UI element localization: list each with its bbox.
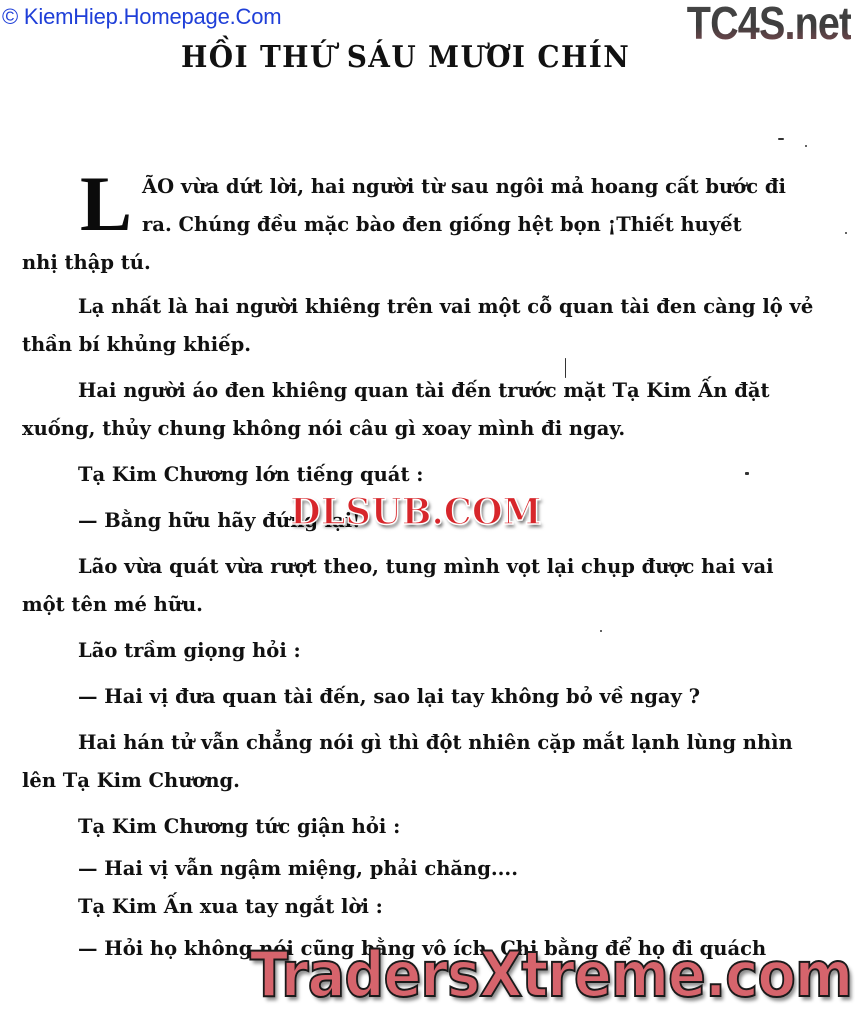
chapter-title: HỒI THỨ SÁU MƯƠI CHÍN — [181, 40, 630, 75]
text-line: Lạ nhất là hai người khiêng trên vai một… — [22, 288, 840, 326]
paragraph: — Hai vị vẫn ngậm miệng, phải chăng.... — [22, 850, 840, 888]
drop-cap: L — [80, 172, 132, 236]
scan-speck — [600, 630, 602, 632]
paragraph: Lão trầm giọng hỏi : — [22, 632, 840, 670]
text-line: — Hai vị vẫn ngậm miệng, phải chăng.... — [22, 850, 840, 888]
paragraph: Tạ Kim Chương lớn tiếng quát : — [22, 456, 840, 494]
scan-speck — [745, 472, 749, 475]
paragraph: Hai hán tử vẫn chẳng nói gì thì đột nhiê… — [22, 724, 840, 800]
paragraph: L ÃO vừa dứt lời, hai người từ sau ngôi … — [22, 168, 840, 282]
text-line: Hai hán tử vẫn chẳng nói gì thì đột nhiê… — [22, 724, 840, 762]
text-line: Tạ Kim Chương tức giận hỏi : — [22, 808, 840, 846]
paragraph: Hai người áo đen khiêng quan tài đến trư… — [22, 372, 840, 448]
paragraph: Tạ Kim Chương tức giận hỏi : — [22, 808, 840, 846]
paragraph: — Hai vị đưa quan tài đến, sao lại tay k… — [22, 678, 840, 716]
chapter-body: L ÃO vừa dứt lời, hai người từ sau ngôi … — [22, 168, 840, 968]
paragraph: Lão vừa quát vừa rượt theo, tung mình vọ… — [22, 548, 840, 624]
dlsub-watermark: DLSUB.COM — [290, 491, 542, 533]
text-line: ÃO vừa dứt lời, hai người từ sau ngôi mả… — [22, 168, 840, 206]
text-line: Tạ Kim Ấn xua tay ngắt lời : — [22, 888, 840, 926]
text-line: lên Tạ Kim Chương. — [22, 762, 840, 800]
text-line: ra. Chúng đều mặc bào đen giống hệt bọn … — [22, 206, 840, 244]
text-line: một tên mé hữu. — [22, 586, 840, 624]
paragraph: Lạ nhất là hai người khiêng trên vai một… — [22, 288, 840, 364]
paragraph: Tạ Kim Ấn xua tay ngắt lời : — [22, 888, 840, 926]
scan-speck — [845, 232, 847, 234]
scan-speck — [565, 358, 566, 378]
text-line: Lão trầm giọng hỏi : — [22, 632, 840, 670]
text-line: nhị thập tú. — [22, 244, 840, 282]
text-line: — Hai vị đưa quan tài đến, sao lại tay k… — [22, 678, 840, 716]
tradersxtreme-watermark: TradersXtreme.com — [250, 938, 852, 1011]
text-line: Lão vừa quát vừa rượt theo, tung mình vọ… — [22, 548, 840, 586]
text-line: Tạ Kim Chương lớn tiếng quát : — [22, 456, 840, 494]
scan-speck — [805, 145, 807, 147]
text-line: thần bí khủng khiếp. — [22, 326, 840, 364]
copyright-watermark: © KiemHiep.Homepage.Com — [2, 4, 281, 30]
text-line: xuống, thủy chung không nói câu gì xoay … — [22, 410, 840, 448]
scan-speck — [778, 138, 784, 140]
text-line: Hai người áo đen khiêng quan tài đến trư… — [22, 372, 840, 410]
tc4s-watermark: TC4S.net — [686, 0, 851, 50]
